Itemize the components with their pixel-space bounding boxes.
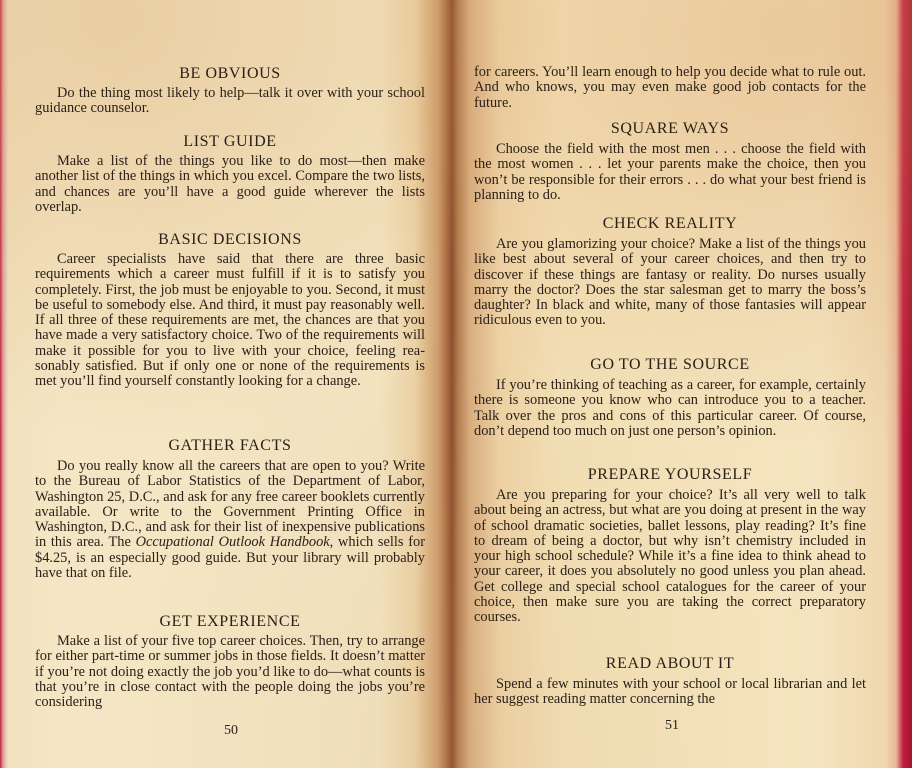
section-body: If you’re thinking of teaching as a care… <box>474 378 866 439</box>
section-heading: GO TO THE SOURCE <box>474 355 866 375</box>
section-heading: READ ABOUT IT <box>474 654 866 674</box>
section-body: Are you glamorizing your choice? Make a … <box>474 237 866 329</box>
section-prepare-yourself: PREPARE YOURSELF Are you preparing for y… <box>474 465 866 626</box>
section-body: Career specialists have said that there … <box>35 252 425 390</box>
continued-text: for careers. You’ll learn enough to help… <box>474 65 866 111</box>
section-gather-facts: GATHER FACTS Do you really know all the … <box>35 436 425 581</box>
left-page: BE OBVIOUS Do the thing most likely to h… <box>35 0 425 768</box>
section-heading: LIST GUIDE <box>35 132 425 152</box>
section-body: Spend a few minutes with your school or … <box>474 677 866 708</box>
section-heading: GET EXPERIENCE <box>35 612 425 632</box>
section-go-to-the-source: GO TO THE SOURCE If you’re thinking of t… <box>474 355 866 439</box>
right-page: for careers. You’ll learn enough to help… <box>474 0 866 768</box>
section-heading: BASIC DECISIONS <box>35 230 425 250</box>
section-heading: BE OBVIOUS <box>35 64 425 84</box>
section-get-experience: GET EXPERIENCE Make a list of your five … <box>35 612 425 710</box>
section-continuation: for careers. You’ll learn enough to help… <box>474 65 866 111</box>
section-body: Do the thing most likely to help—talk it… <box>35 86 425 117</box>
section-body: Are you preparing for your choice? It’s … <box>474 488 866 626</box>
section-body: Choose the field with the most men . . .… <box>474 142 866 203</box>
book-spread: BE OBVIOUS Do the thing most likely to h… <box>0 0 912 768</box>
section-be-obvious: BE OBVIOUS Do the thing most likely to h… <box>35 64 425 117</box>
section-body: Do you really know all the careers that … <box>35 459 425 581</box>
section-body: Make a list of the things you like to do… <box>35 154 425 215</box>
book-title-italic: Occupational Outlook Handbook <box>136 534 330 550</box>
section-square-ways: SQUARE WAYS Choose the field with the mo… <box>474 119 866 203</box>
section-basic-decisions: BASIC DECISIONS Career specialists have … <box>35 230 425 390</box>
section-read-about-it: READ ABOUT IT Spend a few minutes with y… <box>474 654 866 708</box>
section-heading: SQUARE WAYS <box>474 119 866 139</box>
section-heading: CHECK REALITY <box>474 214 866 234</box>
section-heading: PREPARE YOURSELF <box>474 465 866 485</box>
section-body: Make a list of your five top career choi… <box>35 634 425 710</box>
section-list-guide: LIST GUIDE Make a list of the things you… <box>35 132 425 215</box>
page-number: 51 <box>652 718 692 734</box>
section-check-reality: CHECK REALITY Are you glamorizing your c… <box>474 214 866 329</box>
section-heading: GATHER FACTS <box>35 436 425 456</box>
page-number: 50 <box>211 723 251 739</box>
